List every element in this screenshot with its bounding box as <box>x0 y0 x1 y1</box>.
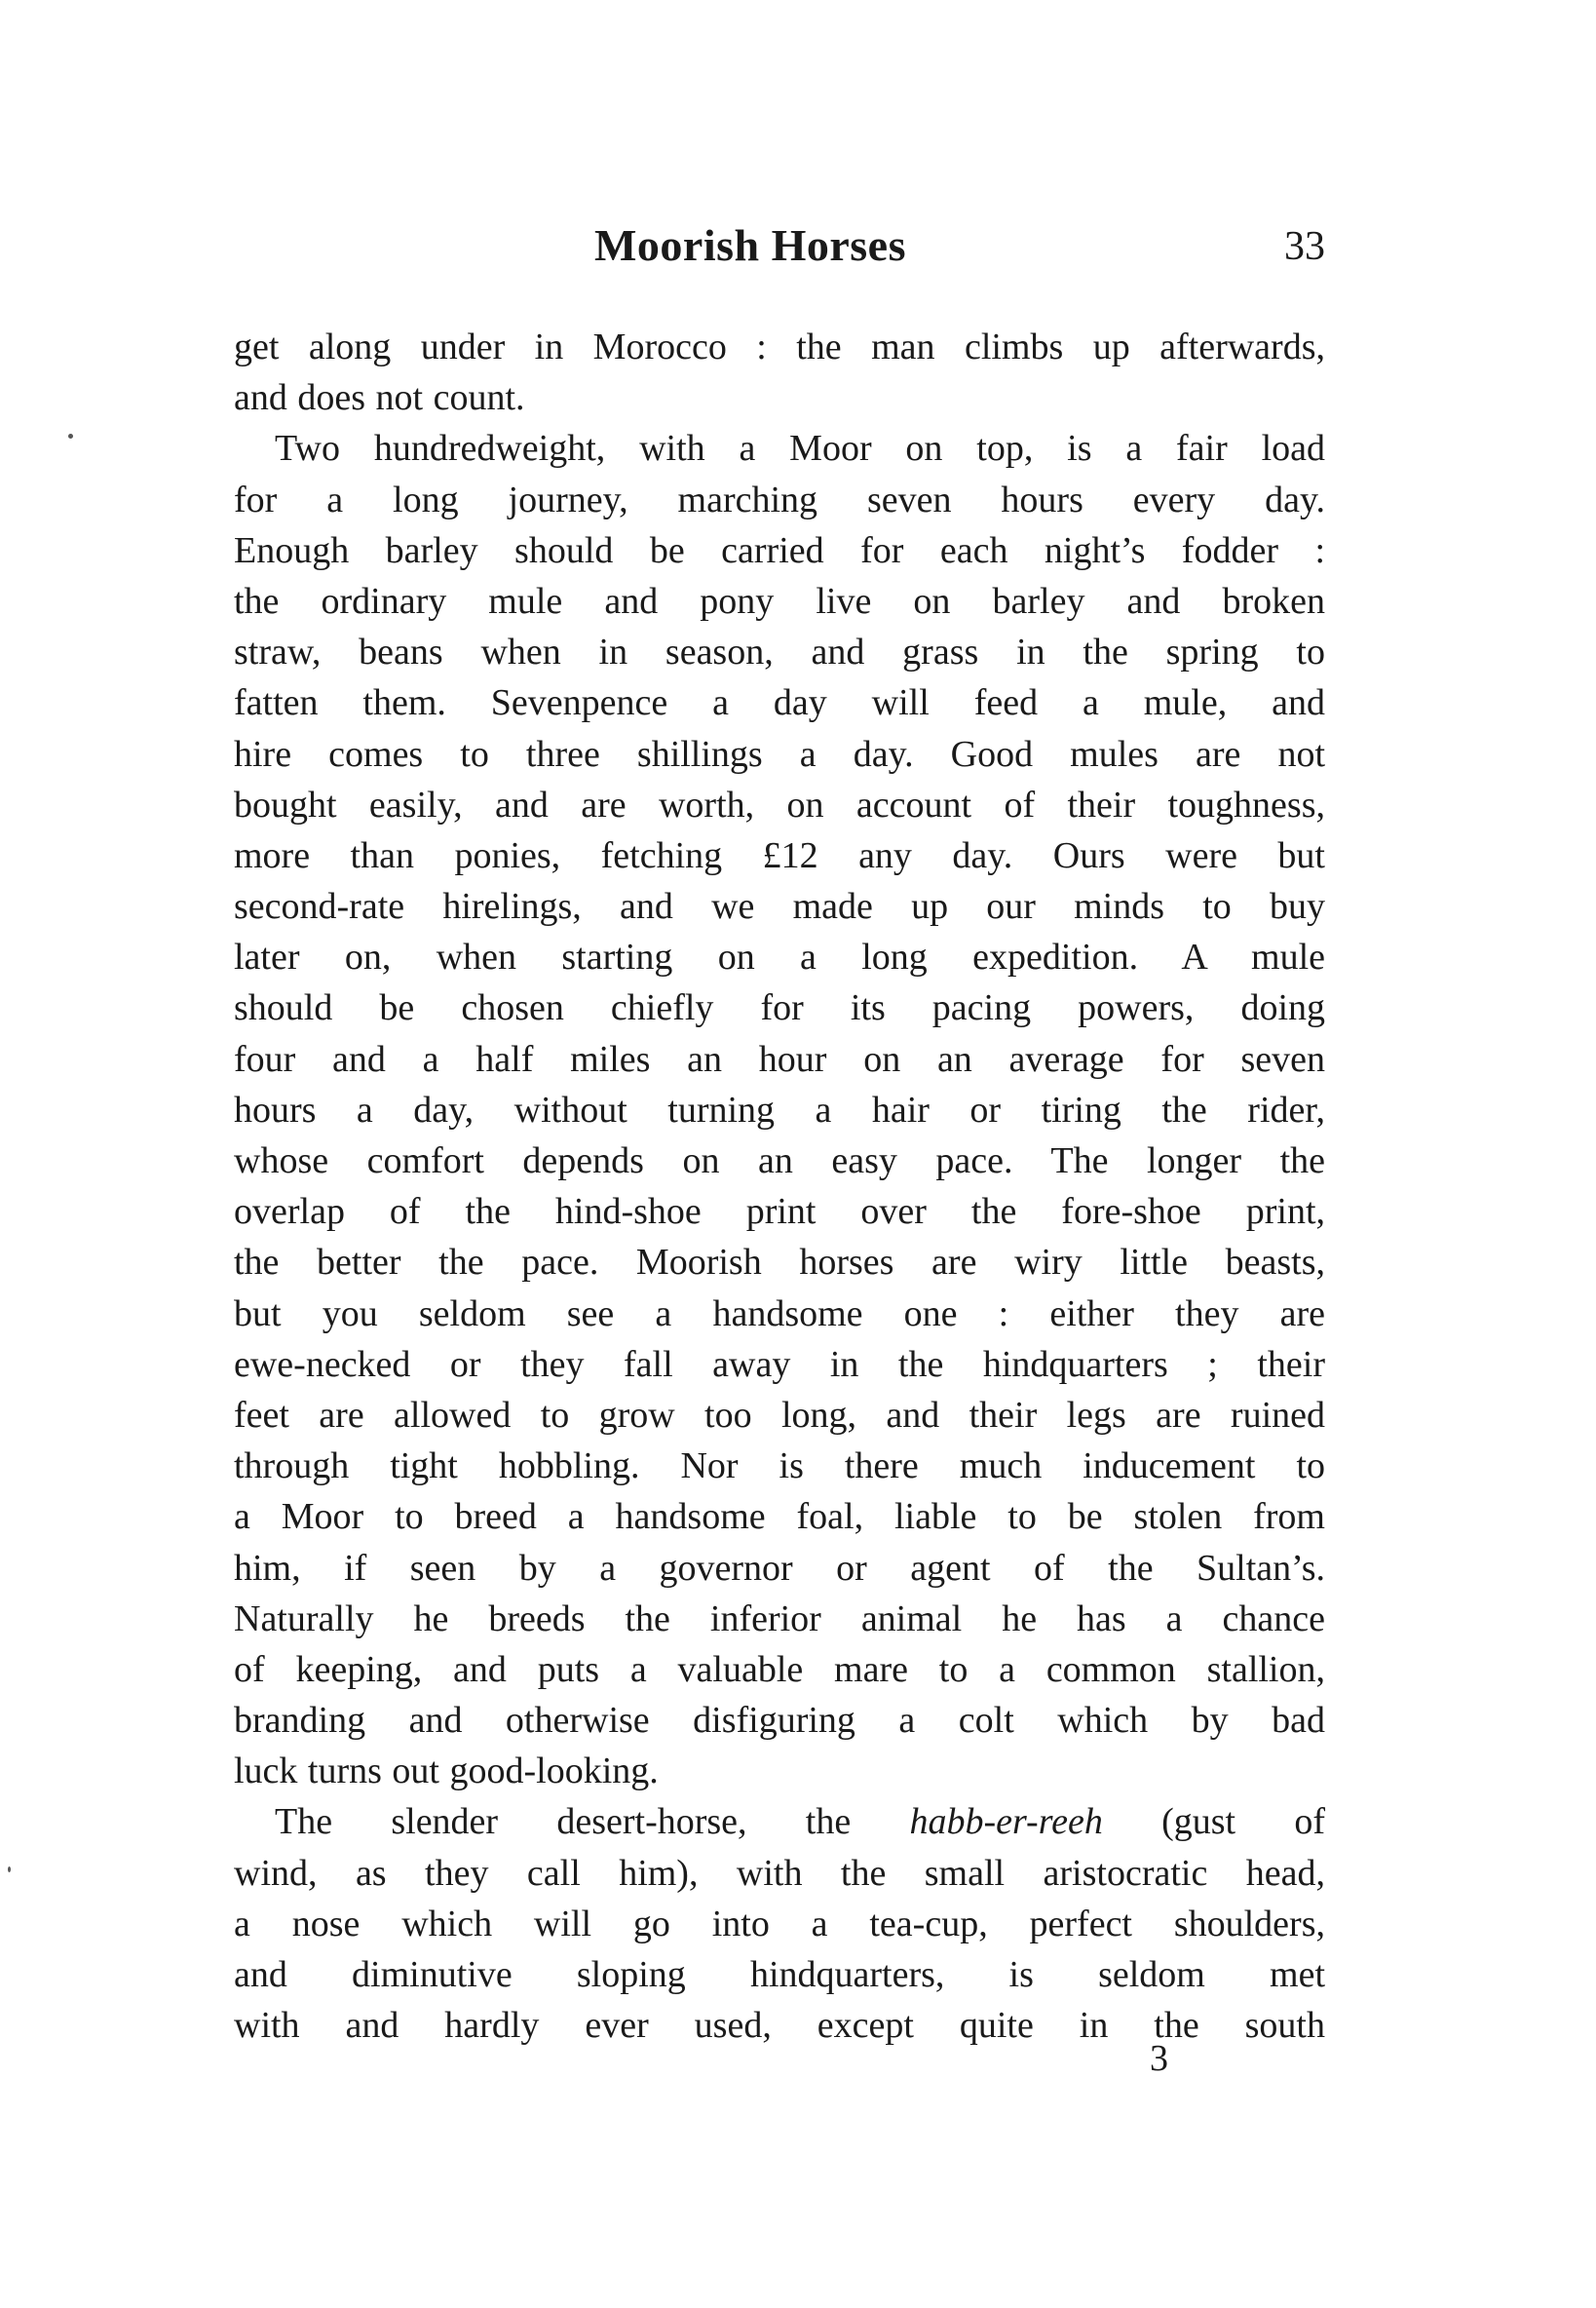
text-line: four and a half miles an hour on an aver… <box>234 1034 1325 1085</box>
text-line: of keeping, and puts a valuable mare to … <box>234 1644 1325 1695</box>
text-line: for a long journey, marching seven hours… <box>234 475 1325 525</box>
text-line: Enough barley should be carried for each… <box>234 525 1325 576</box>
text-line: but you seldom see a handsome one : eith… <box>234 1289 1325 1339</box>
text-line: luck turns out good-looking. <box>234 1746 1325 1796</box>
running-title: Moorish Horses <box>234 219 1325 271</box>
scan-speck <box>8 1866 11 1872</box>
text-line: whose comfort depends on an easy pace. T… <box>234 1135 1325 1186</box>
text-line: should be chosen chiefly for its pacing … <box>234 982 1325 1033</box>
book-page: Moorish Horses 33 get along under in Mor… <box>0 0 1596 2308</box>
text-line: later on, when starting on a long expedi… <box>234 932 1325 982</box>
paragraph-start-line: The slender desert-horse, the habb-er-re… <box>234 1796 1325 1847</box>
text-line: branding and otherwise disfiguring a col… <box>234 1695 1325 1746</box>
text-line: through tight hobbling. Nor is there muc… <box>234 1441 1325 1491</box>
text-line: the ordinary mule and pony live on barle… <box>234 576 1325 627</box>
signature-mark: 3 <box>1150 2037 1168 2080</box>
italic-term: habb-er-reeh <box>910 1801 1103 1842</box>
text-segment: (gust of <box>1161 1801 1325 1842</box>
text-line: a nose which will go into a tea-cup, per… <box>234 1899 1325 1949</box>
text-line: bought easily, and are worth, on account… <box>234 780 1325 830</box>
text-line: hire comes to three shillings a day. Goo… <box>234 729 1325 780</box>
text-segment: The slender desert-horse, the <box>275 1801 851 1842</box>
text-line: him, if seen by a governor or agent of t… <box>234 1543 1325 1594</box>
text-line: overlap of the hind-shoe print over the … <box>234 1186 1325 1237</box>
text-line: second-rate hirelings, and we made up ou… <box>234 881 1325 932</box>
text-line: feet are allowed to grow too long, and t… <box>234 1390 1325 1441</box>
paragraph-start-line: Two hundredweight, with a Moor on top, i… <box>234 423 1325 474</box>
text-line: straw, beans when in season, and grass i… <box>234 627 1325 677</box>
text-line: more than ponies, fetching £12 any day. … <box>234 830 1325 881</box>
text-line: Naturally he breeds the inferior animal … <box>234 1594 1325 1644</box>
text-line: and does not count. <box>234 372 1325 423</box>
scan-speck <box>68 434 73 439</box>
text-line: ewe-necked or they fall away in the hind… <box>234 1339 1325 1390</box>
page-number: 33 <box>1284 223 1325 270</box>
text-line: the better the pace. Moorish horses are … <box>234 1237 1325 1288</box>
text-line: a Moor to breed a handsome foal, liable … <box>234 1491 1325 1542</box>
text-line: wind, as they call him), with the small … <box>234 1848 1325 1899</box>
text-line: hours a day, without turning a hair or t… <box>234 1085 1325 1135</box>
text-line: fatten them. Sevenpence a day will feed … <box>234 677 1325 728</box>
text-line: and diminutive sloping hindquarters, is … <box>234 1949 1325 2000</box>
text-line: get along under in Morocco : the man cli… <box>234 322 1325 372</box>
running-head: Moorish Horses 33 <box>234 219 1325 278</box>
body-text: get along under in Morocco : the man cli… <box>234 322 1325 2051</box>
